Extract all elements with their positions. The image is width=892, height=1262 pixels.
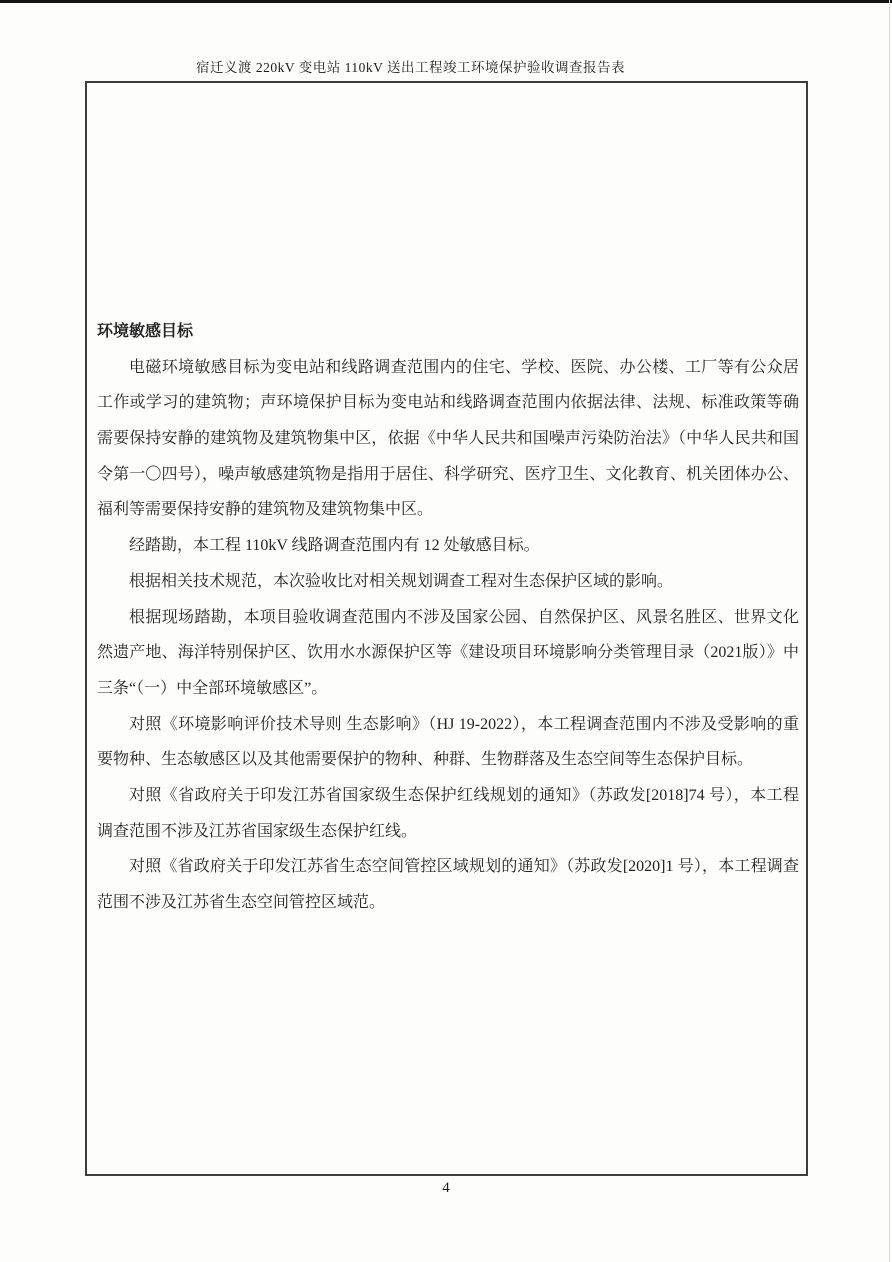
document-page: 宿迁义渡 220kV 变电站 110kV 送出工程竣工环境保护验收调查报告表 环… xyxy=(0,0,892,1262)
text-line: 要物种、生态敏感区以及其他需要保护的物种、种群、生物群落及生态空间等生态保护目标… xyxy=(97,742,799,778)
page-number: 4 xyxy=(0,1180,892,1197)
text-line: 电磁环境敏感目标为变电站和线路调查范围内的住宅、学校、医院、办公楼、工厂等有公众… xyxy=(97,350,799,386)
text-line: 对照《省政府关于印发江苏省国家级生态保护红线规划的通知》（苏政发[2018]74… xyxy=(97,778,799,814)
text-line: 对照《环境影响评价技术导则 生态影响》（HJ 19-2022），本工程调查范围内… xyxy=(97,707,799,743)
text-line: 福利等需要保持安静的建筑物及建筑物集中区。 xyxy=(97,492,799,528)
text-line: 三条“（一）中全部环境敏感区”。 xyxy=(97,671,799,707)
document-header-title: 宿迁义渡 220kV 变电站 110kV 送出工程竣工环境保护验收调查报告表 xyxy=(49,56,772,76)
body-paragraphs: 电磁环境敏感目标为变电站和线路调查范围内的住宅、学校、医院、办公楼、工厂等有公众… xyxy=(97,350,799,921)
top-edge-bar xyxy=(0,0,892,3)
text-line: 根据相关技术规范，本次验收比对相关规划调查工程对生态保护区域的影响。 xyxy=(97,564,799,600)
section-heading: 环境敏感目标 xyxy=(97,314,799,350)
text-line: 对照《省政府关于印发江苏省生态空间管控区域规划的通知》（苏政发[2020]1 号… xyxy=(97,849,799,885)
text-line: 需要保持安静的建筑物及建筑物集中区，依据《中华人民共和国噪声污染防治法》（中华人… xyxy=(97,421,799,457)
text-line: 然遗产地、海洋特别保护区、饮用水水源保护区等《建设项目环境影响分类管理目录（20… xyxy=(97,635,799,671)
text-line: 工作或学习的建筑物；声环境保护目标为变电站和线路调查范围内依据法律、法规、标准政… xyxy=(97,385,799,421)
right-edge-line xyxy=(889,0,890,1262)
text-line: 根据现场踏勘，本项目验收调查范围内不涉及国家公园、自然保护区、风景名胜区、世界文… xyxy=(97,600,799,636)
text-line: 范围不涉及江苏省生态空间管控区域范。 xyxy=(97,885,799,921)
text-line: 令第一〇四号），噪声敏感建筑物是指用于居住、科学研究、医疗卫生、文化教育、机关团… xyxy=(97,457,799,493)
text-line: 经踏勘，本工程 110kV 线路调查范围内有 12 处敏感目标。 xyxy=(97,528,799,564)
text-line: 调查范围不涉及江苏省国家级生态保护红线。 xyxy=(97,814,799,850)
report-table-cell: 环境敏感目标 电磁环境敏感目标为变电站和线路调查范围内的住宅、学校、医院、办公楼… xyxy=(85,81,808,1176)
cell-content: 环境敏感目标 电磁环境敏感目标为变电站和线路调查范围内的住宅、学校、医院、办公楼… xyxy=(97,314,799,921)
